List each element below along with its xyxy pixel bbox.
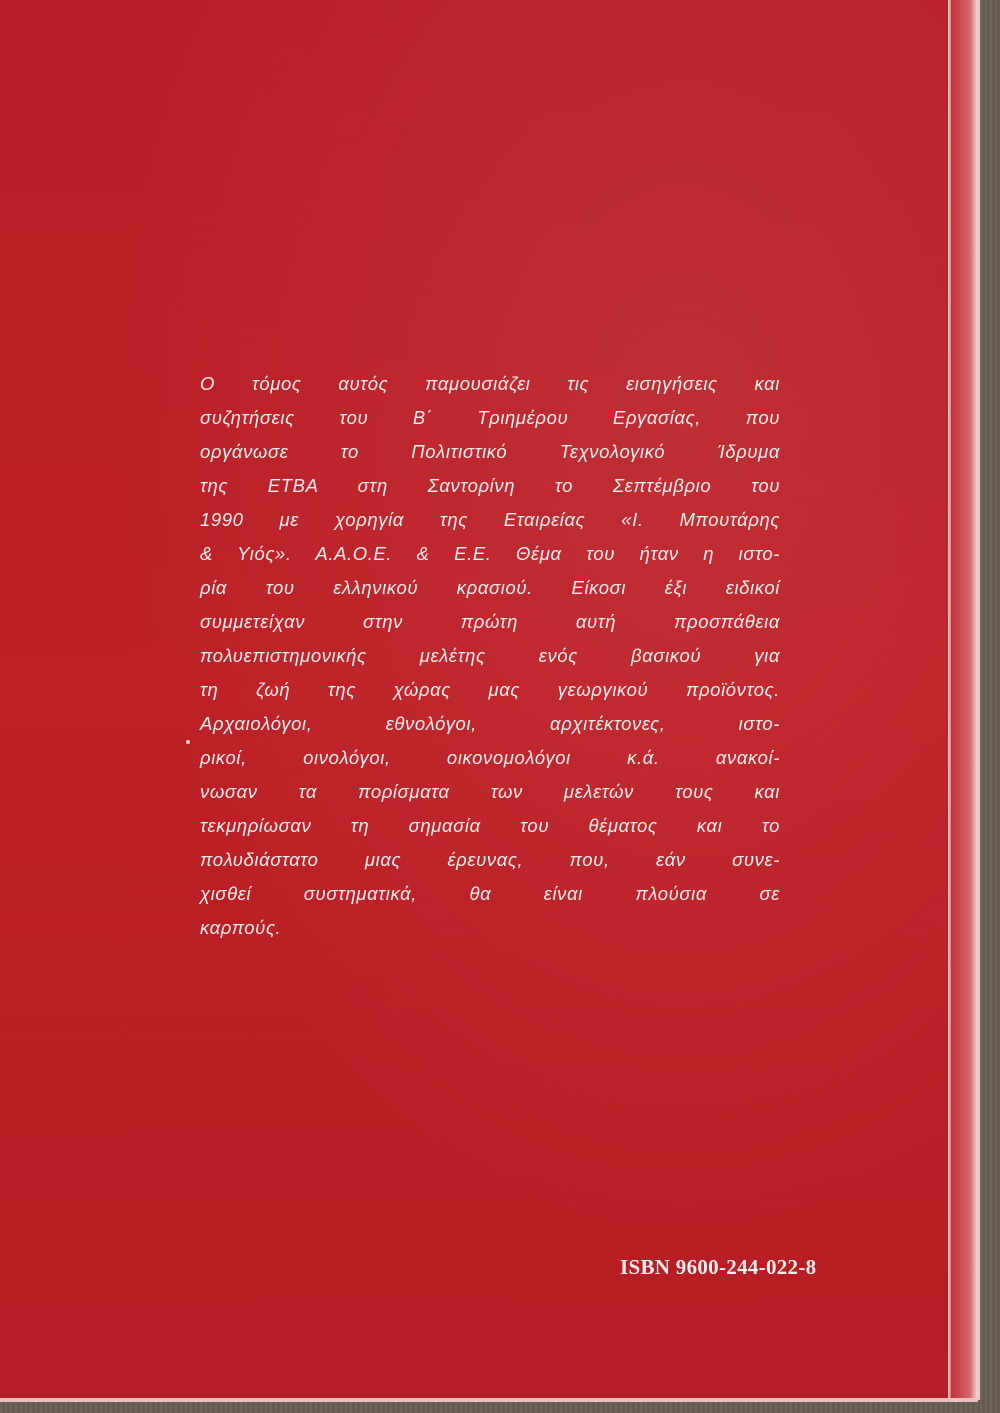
- blurb-line: της ΕΤΒΑ στη Σαντορίνη το Σεπτέμβριο του: [200, 469, 780, 503]
- blurb-line: οργάνωσε το Πολιτιστικό Τεχνολογικό Ίδρυ…: [200, 435, 780, 469]
- blurb-line: Ο τόμος αυτός παμουσιάζει τις εισηγήσεις…: [200, 367, 780, 401]
- cover-blemish: [186, 740, 190, 744]
- blurb-line: πολυεπιστημονικής μελέτης ενός βασικού γ…: [200, 639, 780, 673]
- blurb-line: & Υιός». Α.Α.Ο.Ε. & Ε.Ε. Θέμα του ήταν η…: [200, 537, 780, 571]
- cover-blurb: Ο τόμος αυτός παμουσιάζει τις εισηγήσεις…: [200, 367, 780, 945]
- blurb-line: Αρχαιολόγοι, εθνολόγοι, αρχιτέκτονες, ισ…: [200, 707, 780, 741]
- blurb-line: τεκμηρίωσαν τη σημασία του θέματος και τ…: [200, 809, 780, 843]
- blurb-line: καρπούς.: [200, 911, 780, 945]
- blurb-line: νωσαν τα πορίσματα των μελετών τους και: [200, 775, 780, 809]
- blurb-line: ρικοί, οινολόγοι, οικονομολόγοι κ.ά. ανα…: [200, 741, 780, 775]
- blurb-line: συζητήσεις του Β΄ Τριημέρου Εργασίας, πο…: [200, 401, 780, 435]
- blurb-line: ρία του ελληνικού κρασιού. Είκοσι έξι ει…: [200, 571, 780, 605]
- cover-edge: [951, 0, 978, 1400]
- blurb-line: 1990 με χορηγία της Εταιρείας «Ι. Μπουτά…: [200, 503, 780, 537]
- isbn-label: ISBN 9600-244-022-8: [620, 1255, 816, 1280]
- book-back-cover: Ο τόμος αυτός παμουσιάζει τις εισηγήσεις…: [0, 0, 980, 1400]
- blurb-line: τη ζωή της χώρας μας γεωργικού προϊόντος…: [200, 673, 780, 707]
- cover-bottom-edge: [0, 1398, 978, 1402]
- blurb-line: χισθεί συστηματικά, θα είναι πλούσια σε: [200, 877, 780, 911]
- blurb-line: πολυδιάστατο μιας έρευνας, που, εάν συνε…: [200, 843, 780, 877]
- blurb-line: συμμετείχαν στην πρώτη αυτή προσπάθεια: [200, 605, 780, 639]
